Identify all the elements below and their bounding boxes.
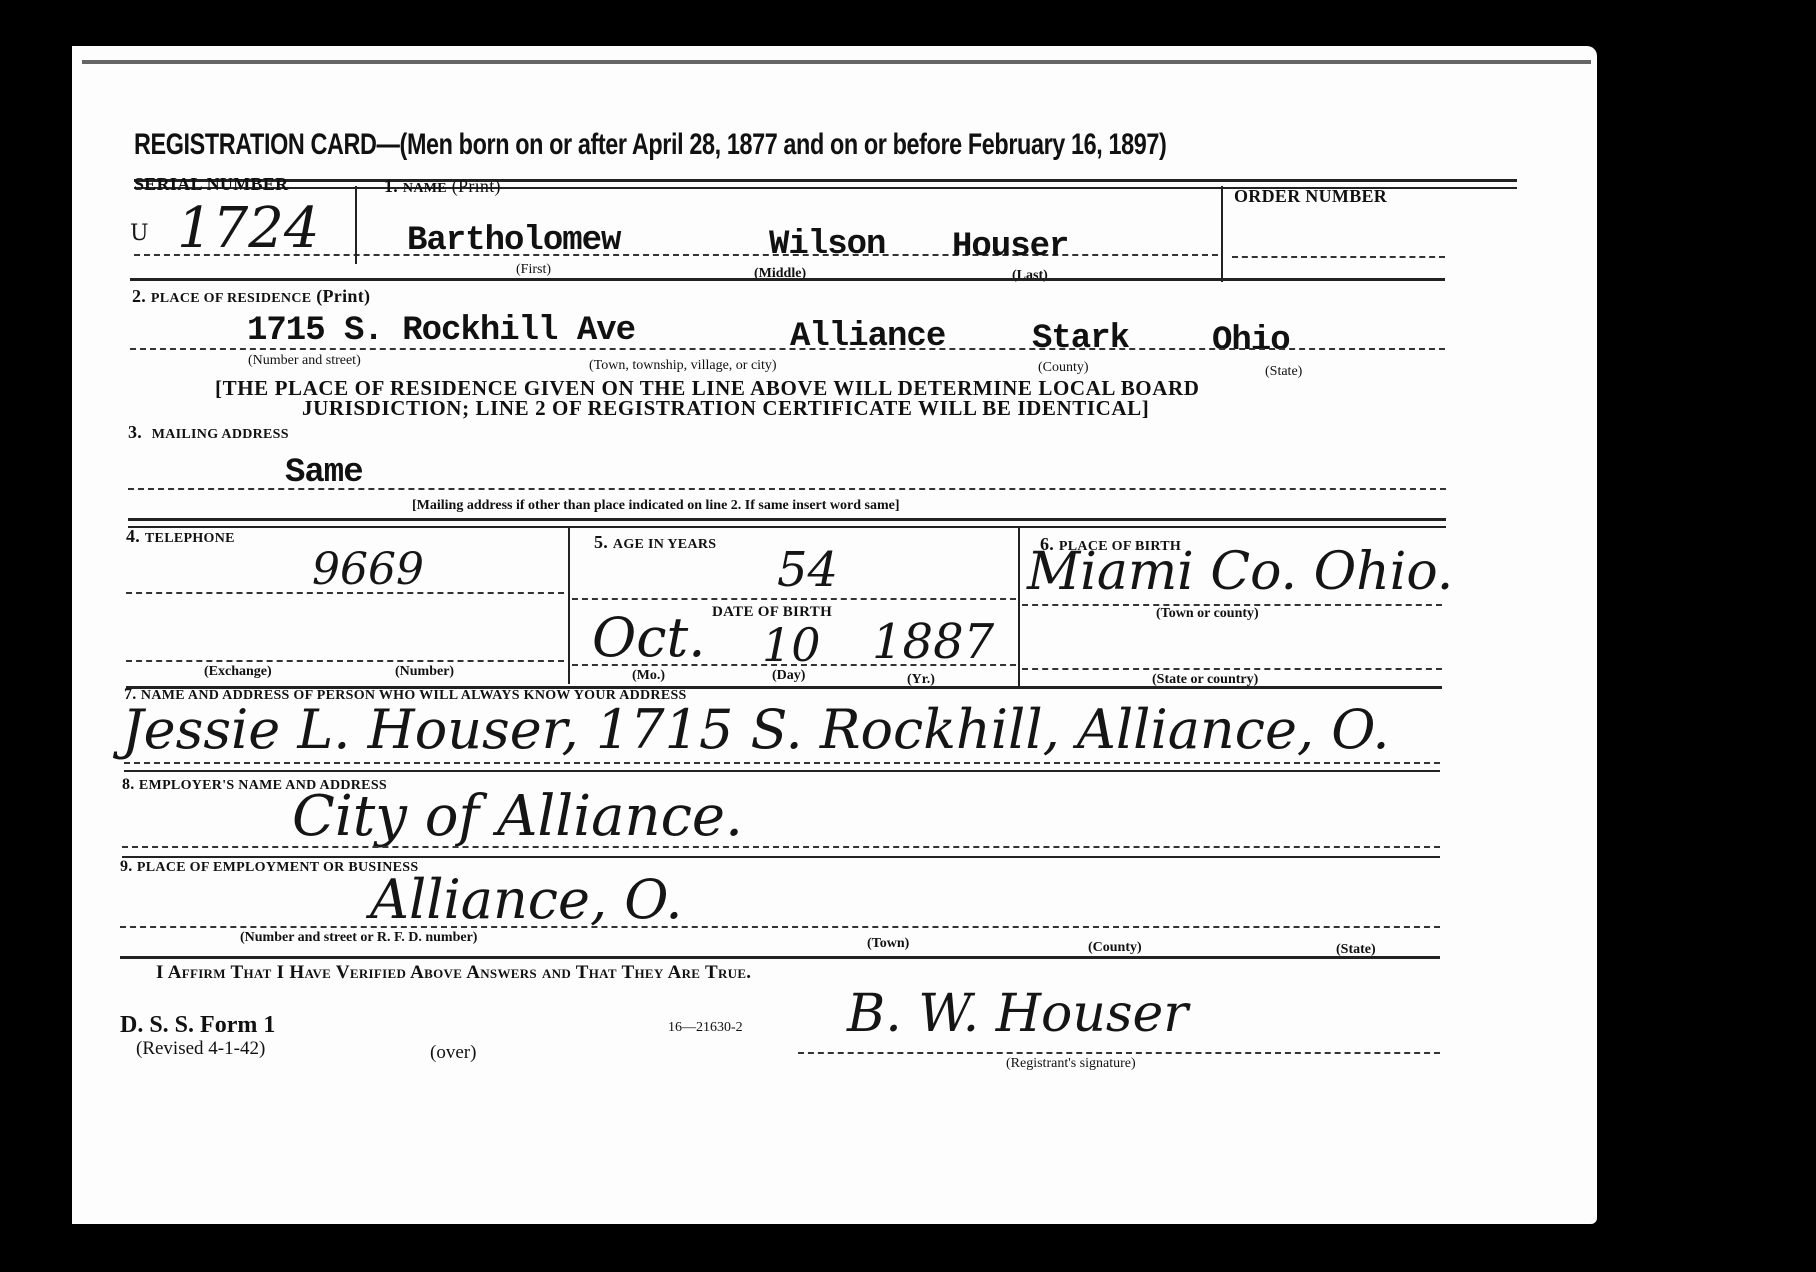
caption-first: (First) [516, 262, 551, 278]
label-text: Place of Residence [151, 291, 311, 306]
signature-line [798, 1052, 1440, 1054]
label-text: Telephone [145, 531, 235, 546]
affirmation-text: I Affirm That I Have Verified Above Answ… [156, 962, 751, 984]
divider [128, 526, 1446, 528]
label-number: 3. [128, 422, 142, 442]
birth-month-value: Oct. [592, 606, 705, 669]
label-number: 4. [126, 526, 140, 546]
divider [128, 518, 1446, 521]
contact-line [124, 762, 1440, 764]
order-number-line [1232, 256, 1445, 258]
serial-number-label: SERIAL NUMBER [134, 174, 288, 195]
serial-prefix: U [130, 221, 149, 246]
age-value: 54 [777, 542, 838, 598]
telephone-line-2 [126, 660, 564, 662]
caption-number: (Number) [395, 664, 454, 680]
residence-line [130, 348, 1445, 350]
caption-last: (Last) [1012, 268, 1048, 284]
residence-street-value: 1715 S. Rockhill Ave [247, 312, 635, 350]
caption-month: (Mo.) [632, 668, 665, 684]
form-revised: (Revised 4-1-42) [136, 1038, 265, 1060]
last-name-value: Houser [952, 228, 1068, 266]
order-number-label: ORDER NUMBER [1234, 186, 1387, 207]
form-name: D. S. S. Form 1 [120, 1012, 275, 1039]
caption-street-rfd: (Number and street or R. F. D. number) [240, 930, 477, 946]
mailing-address-caption: [Mailing address if other than place ind… [412, 498, 900, 514]
caption-state: (State) [1265, 364, 1302, 380]
first-name-value: Bartholomew [407, 222, 620, 260]
divider [355, 186, 357, 264]
mailing-address-line [128, 488, 1446, 490]
residence-town-value: Alliance [790, 318, 945, 356]
mailing-address-label: 3. Mailing Address [128, 422, 289, 443]
label-text: Age in Years [613, 537, 716, 552]
caption-day: (Day) [772, 668, 805, 684]
caption-exchange: (Exchange) [204, 664, 272, 680]
telephone-line [126, 592, 564, 594]
caption-street: (Number and street) [248, 353, 361, 369]
jurisdiction-notice-line-2: JURISDICTION; LINE 2 OF REGISTRATION CER… [302, 396, 1149, 421]
print-code: 16—21630-2 [668, 1020, 743, 1036]
label-number: 2. [132, 286, 146, 306]
name-label: 1. Name (Print) [384, 176, 501, 197]
telephone-label: 4. Telephone [126, 526, 235, 547]
caption-town: (Town) [867, 936, 909, 952]
serial-number-value: 1724 [177, 196, 320, 261]
employment-place-line [120, 926, 1440, 928]
middle-name-value: Wilson [769, 226, 885, 264]
caption-town-or-county: (Town or county) [1156, 606, 1259, 622]
label-suffix: (Print) [452, 176, 501, 196]
caption-town: (Town, township, village, or city) [589, 358, 777, 374]
divider [120, 956, 1440, 959]
residence-state-value: Ohio [1212, 322, 1290, 360]
divider [1221, 186, 1223, 282]
contact-value: Jessie L. Houser, 1715 S. Rockhill, Alli… [122, 698, 1390, 761]
employment-place-value: Alliance, O. [370, 868, 683, 931]
telephone-value: 9669 [312, 544, 424, 595]
age-label: 5. Age in Years [594, 532, 716, 553]
label-number: 8. [122, 776, 135, 793]
label-number: 5. [594, 532, 608, 552]
mailing-address-value: Same [285, 454, 363, 492]
over-note: (over) [430, 1042, 476, 1064]
divider [134, 179, 1517, 182]
age-line [572, 598, 1016, 600]
card-title: REGISTRATION CARD—(Men born on or after … [134, 128, 1166, 162]
birthplace-value: Miami Co. Ohio. [1027, 542, 1453, 602]
residence-label: 2. Place of Residence (Print) [132, 286, 370, 307]
registration-card: REGISTRATION CARD—(Men born on or after … [72, 46, 1597, 1224]
divider [568, 526, 570, 684]
label-number: 9. [120, 858, 133, 875]
label-text: Name [403, 181, 447, 196]
employer-value: City of Alliance. [292, 784, 743, 849]
dob-line [572, 664, 1016, 666]
label-number: 1. [384, 176, 398, 196]
employer-line [122, 846, 1440, 848]
label-text: Mailing Address [152, 427, 289, 442]
signature-caption: (Registrant's signature) [1006, 1056, 1136, 1072]
caption-county: (County) [1088, 940, 1142, 956]
caption-county: (County) [1038, 360, 1089, 376]
label-suffix: (Print) [316, 286, 370, 306]
birthplace-line-2 [1022, 668, 1442, 670]
divider [130, 278, 1445, 281]
divider [124, 770, 1440, 772]
birth-year-value: 1887 [872, 614, 994, 670]
registrant-signature: B. W. Houser [847, 984, 1188, 1044]
divider [1018, 528, 1020, 688]
residence-county-value: Stark [1032, 320, 1129, 358]
